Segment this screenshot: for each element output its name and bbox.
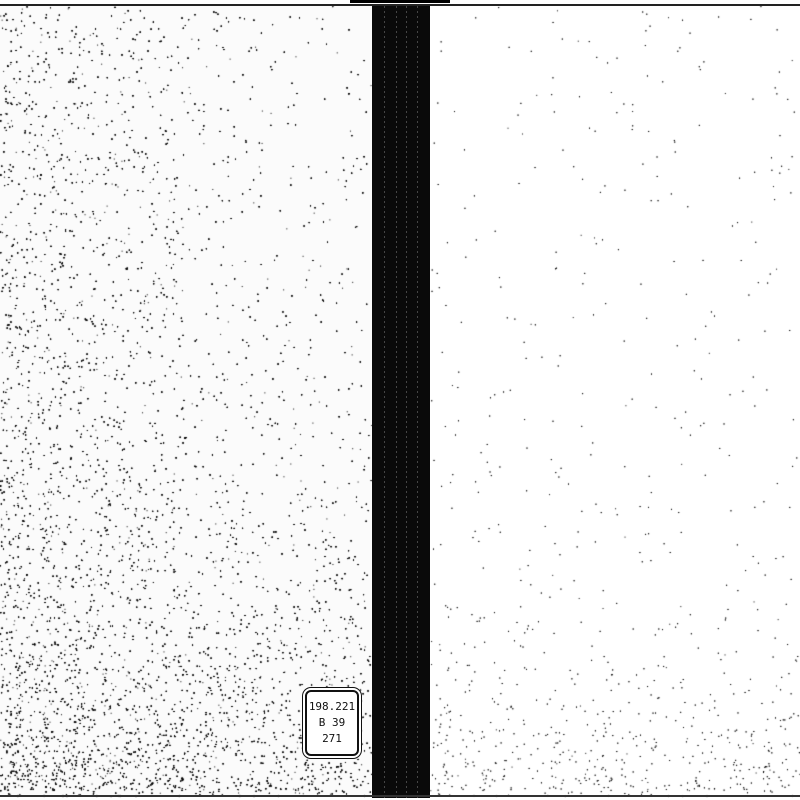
call-number-line-1: 198.221 [309, 699, 355, 715]
book-spine [372, 6, 430, 798]
top-spine-cap [350, 0, 450, 3]
call-number-label: 198.221 B 39 271 [305, 690, 359, 756]
bottom-edge [0, 795, 800, 797]
call-number-line-2: B 39 [319, 715, 346, 731]
call-number-line-3: 271 [322, 731, 342, 747]
